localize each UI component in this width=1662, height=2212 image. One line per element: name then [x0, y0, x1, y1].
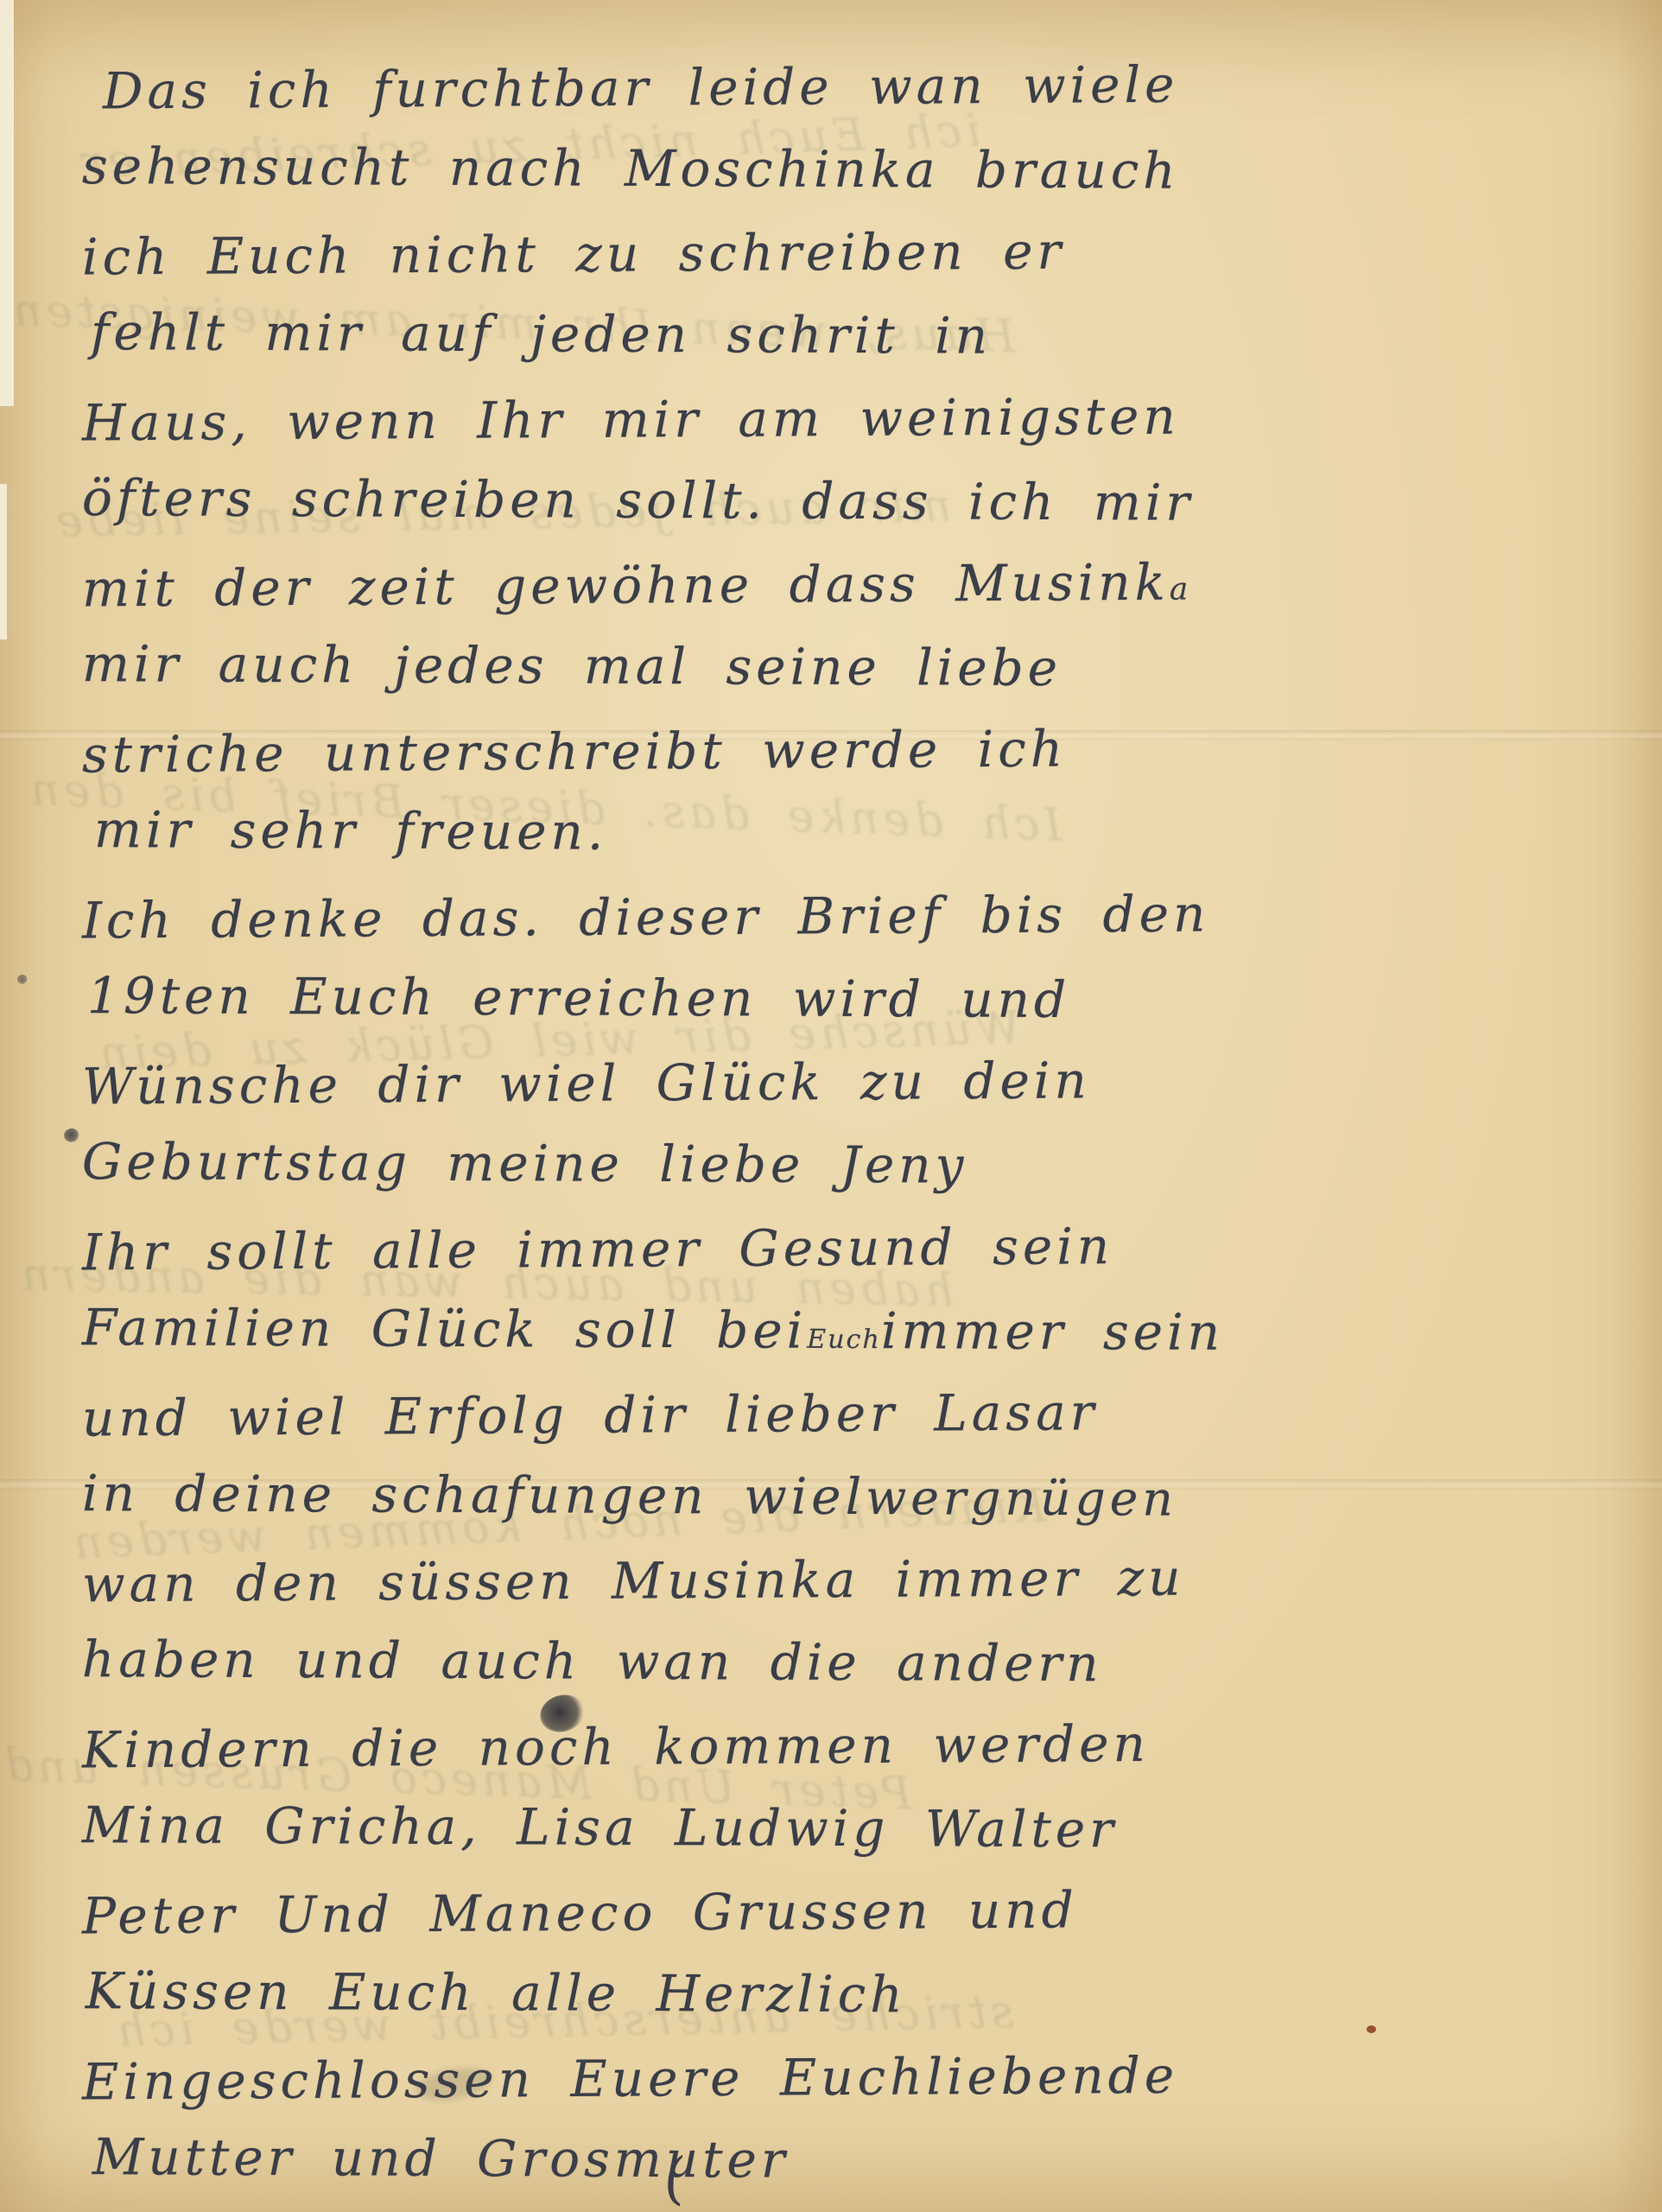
scan-edge-artifact [0, 0, 14, 406]
letter-line: 19ten Euch erreichen wird und [87, 954, 1627, 1044]
letter-body: Das ich furchtbar leide wan wiele sehens… [82, 45, 1627, 2202]
letter-line: mir auch jedes mal seine liebe [82, 622, 1627, 712]
letter-line: Ihr sollt alle immer Gesund sein [82, 1202, 1628, 1294]
letter-line: Das ich furchtbar leide wan wiele [103, 41, 1628, 133]
letter-line: Mutter und Grosmuter [92, 2115, 1627, 2205]
inserted-letter: a [1170, 572, 1193, 607]
letter-line: Ich denke das. dieser Brief bis den [82, 870, 1628, 963]
trailing-word: wergnügen [866, 1470, 1177, 1527]
letter-line: Kindern die noch kommen werden [82, 1700, 1628, 1792]
letter-line: fehlt mir auf jeden schrit in [91, 290, 1627, 380]
letter-line: Eingeschlossen Euere Euchliebende [82, 2031, 1628, 2124]
letter-line: Wünsche dir wiel Glück zu dein [82, 1036, 1628, 1128]
letter-line: und wiel Erfolg dir lieber Lasar [82, 1368, 1628, 1460]
line-text: immer sein [881, 1301, 1224, 1362]
letter-line: Familien Glück soll beiEuchimmer sein [82, 1286, 1627, 1376]
letter-line: sehensucht nach Moschinka brauch [82, 124, 1627, 214]
letter-line: öfters schreiben sollt. dass ich mir [82, 456, 1627, 546]
letter-page: ich Euch nicht zu schreiben er Haus, wen… [0, 0, 1662, 2212]
line-text: Familien Glück soll bei [82, 1298, 807, 1360]
letter-line: in deine schafungen wielwergnügen [82, 1452, 1627, 1541]
letter-line: Küssen Euch alle Herzlich [86, 1949, 1627, 2039]
ink-dot [64, 1128, 79, 1142]
letter-line: Geburtstag meine liebe Jeny [82, 1120, 1627, 1210]
scan-edge-artifact [0, 484, 7, 639]
letter-line: ich Euch nicht zu schreiben er [82, 207, 1628, 299]
letter-line: Haus, wenn Ihr mir am weinigsten [82, 372, 1628, 465]
line-text: mit der zeit gewöhne dass Musink [82, 553, 1170, 619]
letter-line: Mina Gricha, Lisa Ludwig Walter [82, 1783, 1627, 1873]
letter-line: mit der zeit gewöhne dass Musinka [82, 538, 1628, 631]
inserted-word: Euch [807, 1325, 881, 1355]
letter-line: mir sehr freuen. [94, 788, 1627, 878]
line-text: in deine schafungen wiel [82, 1464, 866, 1526]
ink-dot [17, 975, 28, 984]
letter-line: wan den süssen Musinka immer zu [82, 1534, 1628, 1626]
letter-line: Peter Und Maneco Grussen und [82, 1866, 1628, 1958]
letter-line: haben und auch wan die andern [82, 1618, 1627, 1707]
letter-line: striche unterschreibt werde ich [82, 704, 1628, 797]
